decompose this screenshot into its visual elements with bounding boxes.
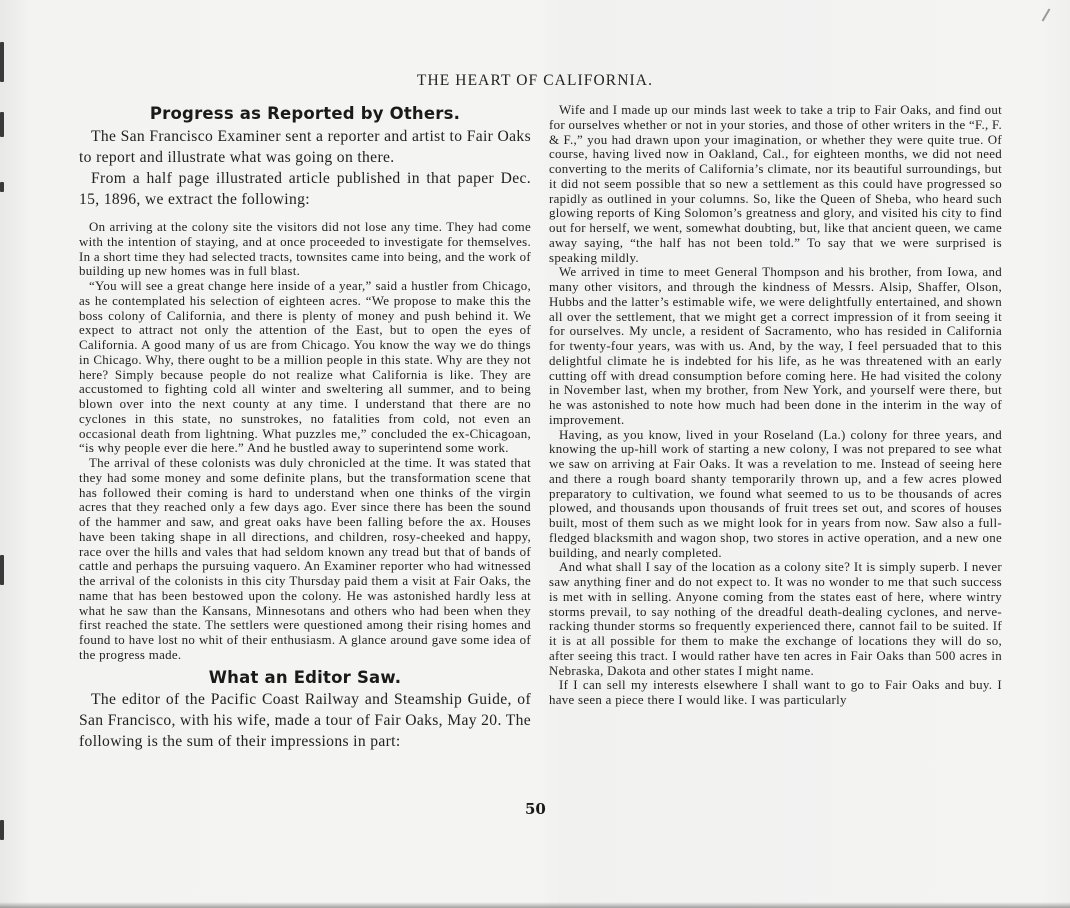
section-heading-progress: Progress as Reported by Others. [79,104,531,123]
left-column: Progress as Reported by Others. The San … [79,104,531,752]
binding-shadow-mark [0,555,4,585]
body-paragraph: “You will see a great change here inside… [79,279,531,456]
right-column: Wife and I made up our minds last week t… [549,103,1002,708]
scan-edge-shadow [0,902,1070,908]
body-paragraph: We arrived in time to meet General Thomp… [549,265,1002,427]
page-number: 50 [525,800,546,818]
body-paragraph: On arriving at the colony site the visit… [79,220,531,279]
scanned-page: THE HEART OF CALIFORNIA. Progress as Rep… [0,0,1070,908]
body-paragraph: The arrival of these colonists was duly … [79,456,531,663]
body-paragraph: If I can sell my interests elsewhere I s… [549,678,1002,708]
lead-paragraph: From a half page illustrated article pub… [79,168,531,210]
section-heading-editor: What an Editor Saw. [79,668,531,687]
lead-paragraph: The editor of the Pacific Coast Railway … [79,689,531,752]
binding-shadow-mark [0,182,4,192]
binding-shadow-mark [0,112,4,137]
pencil-mark [1042,8,1051,21]
body-paragraph: Having, as you know, lived in your Rosel… [549,428,1002,561]
running-head: THE HEART OF CALIFORNIA. [0,72,1070,90]
binding-shadow-mark [0,820,4,840]
lead-paragraph: The San Francisco Examiner sent a report… [79,126,531,168]
body-paragraph: Wife and I made up our minds last week t… [549,103,1002,265]
body-paragraph: And what shall I say of the location as … [549,560,1002,678]
